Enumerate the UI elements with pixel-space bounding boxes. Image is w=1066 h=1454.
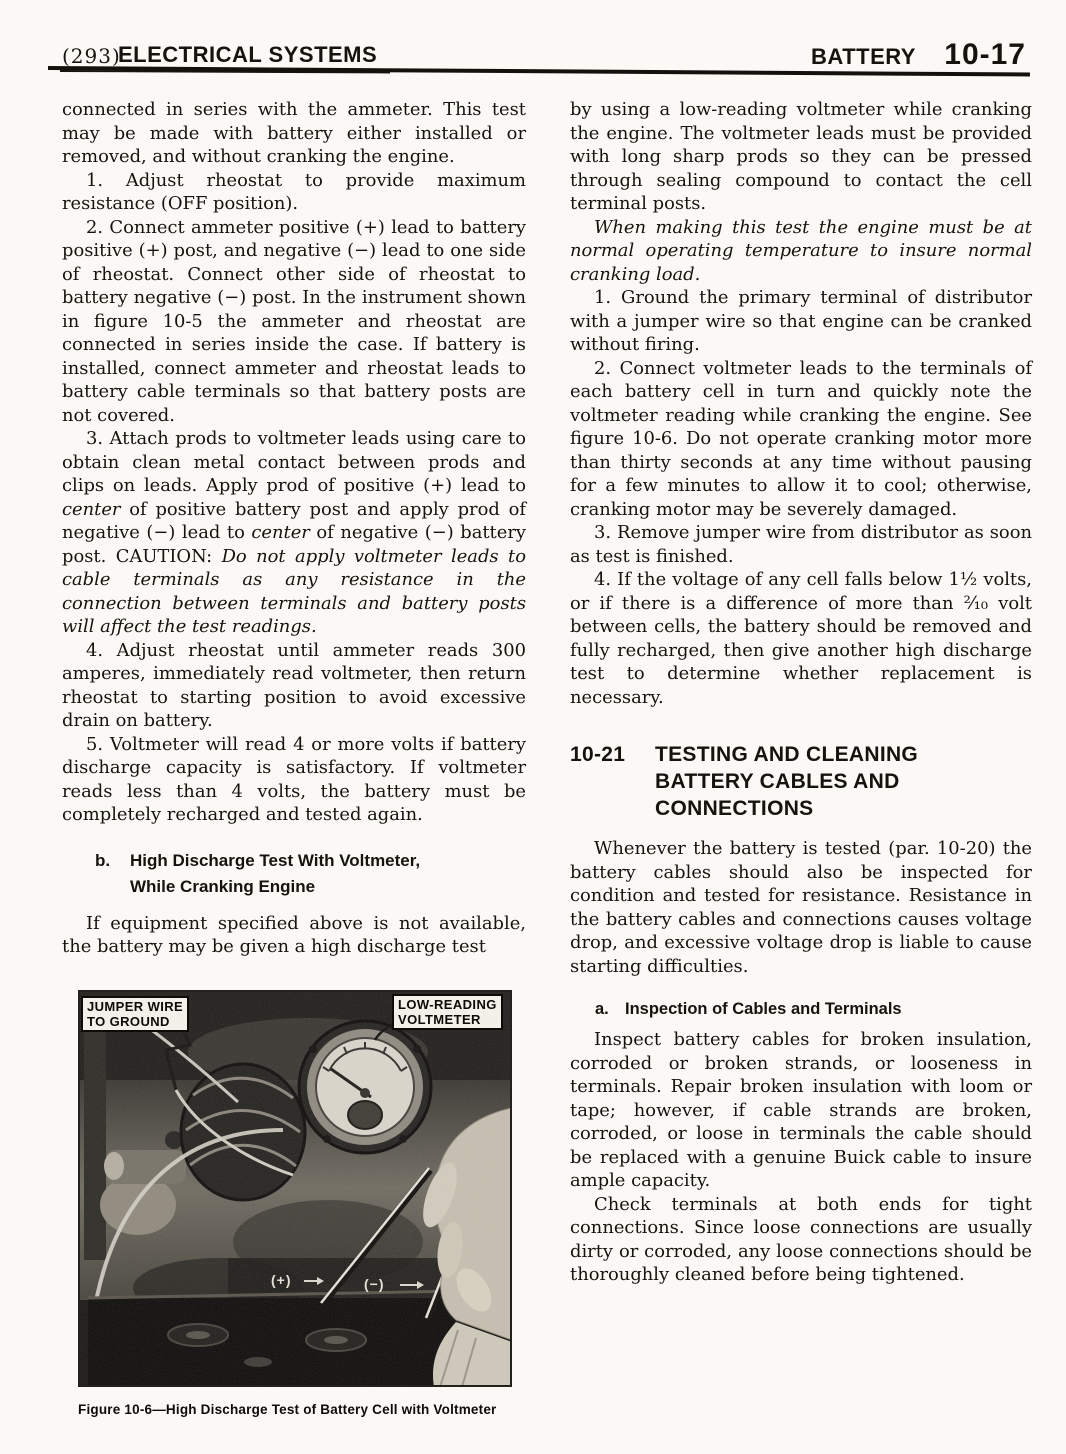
figure-10-6: JUMPER WIRE TO GROUND LOW-READING VOLTME… — [78, 990, 512, 1417]
figure-label-line: VOLTMETER — [398, 1012, 497, 1027]
step-item: 4. If the voltage of any cell falls belo… — [570, 568, 1032, 709]
header-section-title: ELECTRICAL SYSTEMS — [118, 42, 377, 68]
subsection-title: High Discharge Test With Voltmeter, Whil… — [130, 848, 420, 900]
arrow-right-icon — [400, 1284, 418, 1286]
step-item: 4. Adjust rheostat until ammeter reads 3… — [62, 639, 526, 733]
paragraph: Inspect battery cables for broken insula… — [570, 1028, 1032, 1193]
right-column: by using a low-reading voltmeter while c… — [570, 98, 1032, 1287]
subsection-label: b. — [95, 848, 130, 900]
arrow-right-icon — [304, 1280, 318, 1282]
paragraph-continuation: by using a low-reading voltmeter while c… — [570, 98, 1032, 216]
section-number: 10-21 — [570, 741, 655, 822]
step-text-italic: center — [251, 522, 309, 543]
step-text-italic: center — [62, 499, 120, 520]
figure-caption: Figure 10-6—High Discharge Test of Batte… — [78, 1402, 512, 1417]
subsection-title-line: While Cranking Engine — [130, 874, 420, 900]
step-item: 1. Ground the primary terminal of distri… — [570, 286, 1032, 357]
figure-photo: JUMPER WIRE TO GROUND LOW-READING VOLTME… — [78, 990, 512, 1387]
header-page-ref: (293) — [62, 44, 121, 68]
section-title-line: BATTERY CABLES AND — [655, 768, 918, 795]
subsection-heading-a: a. Inspection of Cables and Terminals — [595, 998, 1032, 1020]
manual-page: (293) ELECTRICAL SYSTEMS BATTERY 10-17 c… — [0, 0, 1066, 1454]
header-page-number: 10-17 — [944, 38, 1026, 72]
section-heading-10-21: 10-21 TESTING AND CLEANING BATTERY CABLE… — [570, 741, 1032, 822]
section-title-line: TESTING AND CLEANING — [655, 741, 918, 768]
subsection-label: a. — [595, 998, 625, 1020]
paragraph: Whenever the battery is tested (par. 10-… — [570, 837, 1032, 978]
step-item: 3. Attach prods to voltmeter leads using… — [62, 427, 526, 639]
step-item: 2. Connect ammeter positive (+) lead to … — [62, 216, 526, 428]
figure-label-line: LOW-READING — [398, 997, 497, 1012]
step-item: 1. Adjust rheostat to provide maximum re… — [62, 169, 526, 216]
section-title: TESTING AND CLEANING BATTERY CABLES AND … — [655, 741, 918, 822]
positive-terminal-label: (+) — [271, 1273, 292, 1287]
step-item: 2. Connect voltmeter leads to the termin… — [570, 357, 1032, 522]
paragraph: If equipment specified above is not avai… — [62, 912, 526, 959]
step-text: 3. Attach prods to voltmeter leads using… — [62, 428, 526, 496]
paragraph-italic-note: When making this test the engine must be… — [570, 216, 1032, 287]
step-item: 5. Voltmeter will read 4 or more volts i… — [62, 733, 526, 827]
figure-label-voltmeter: LOW-READING VOLTMETER — [392, 994, 503, 1030]
figure-photo-art — [78, 990, 512, 1387]
figure-label-line: TO GROUND — [87, 1014, 183, 1029]
header-chapter-title: BATTERY — [811, 44, 916, 70]
figure-label-line: JUMPER WIRE — [87, 999, 183, 1014]
figure-label-jumper-wire: JUMPER WIRE TO GROUND — [81, 996, 189, 1032]
subsection-title: Inspection of Cables and Terminals — [625, 998, 902, 1020]
subsection-title-line: High Discharge Test With Voltmeter, — [130, 848, 420, 874]
paragraph-continuation: connected in series with the ammeter. Th… — [62, 98, 526, 169]
paragraph: Check terminals at both ends for tight c… — [570, 1193, 1032, 1287]
section-title-line: CONNECTIONS — [655, 795, 918, 822]
left-column: connected in series with the ammeter. Th… — [62, 98, 526, 959]
negative-terminal-label: (−) — [364, 1277, 385, 1291]
subsection-heading-b: b. High Discharge Test With Voltmeter, W… — [95, 848, 526, 900]
step-item: 3. Remove jumper wire from distributor a… — [570, 521, 1032, 568]
